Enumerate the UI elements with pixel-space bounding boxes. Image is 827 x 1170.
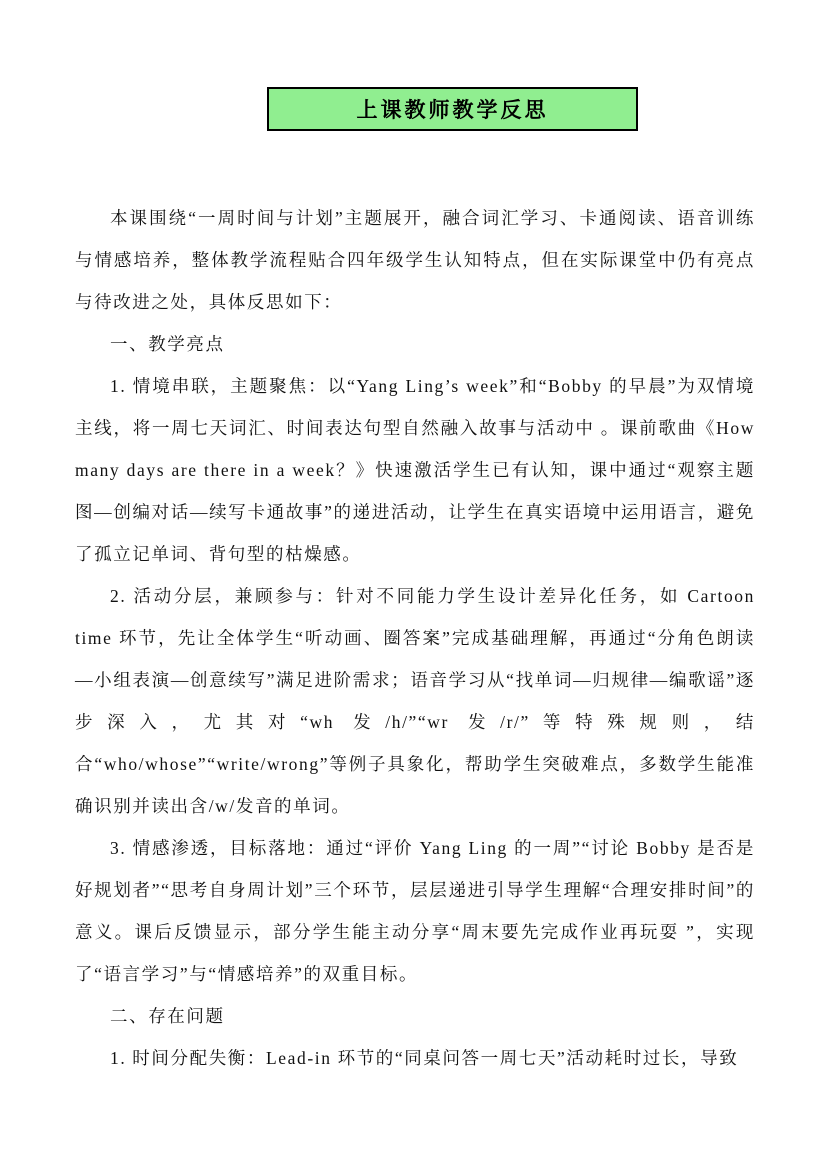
- page-title: 上课教师教学反思: [357, 94, 549, 124]
- highlight-paragraph-3: 3. 情感渗透，目标落地：通过“评价 Yang Ling 的一周”“讨论 Bob…: [75, 827, 755, 995]
- intro-paragraph: 本课围绕“一周时间与计划”主题展开，融合词汇学习、卡通阅读、语音训练与情感培养，…: [75, 197, 755, 323]
- highlight-paragraph-2: 2. 活动分层，兼顾参与：针对不同能力学生设计差异化任务，如 Cartoon t…: [75, 575, 755, 827]
- title-banner: 上课教师教学反思: [267, 87, 638, 131]
- section-heading-problems: 二、存在问题: [75, 995, 755, 1037]
- document-body: 本课围绕“一周时间与计划”主题展开，融合词汇学习、卡通阅读、语音训练与情感培养，…: [75, 197, 755, 1079]
- section-heading-highlights: 一、教学亮点: [75, 323, 755, 365]
- document-page: 上课教师教学反思 本课围绕“一周时间与计划”主题展开，融合词汇学习、卡通阅读、语…: [0, 0, 827, 1170]
- problem-paragraph-1: 1. 时间分配失衡：Lead-in 环节的“同桌问答一周七天”活动耗时过长，导致: [75, 1037, 755, 1079]
- highlight-paragraph-1: 1. 情境串联，主题聚焦：以“Yang Ling’s week”和“Bobby …: [75, 365, 755, 575]
